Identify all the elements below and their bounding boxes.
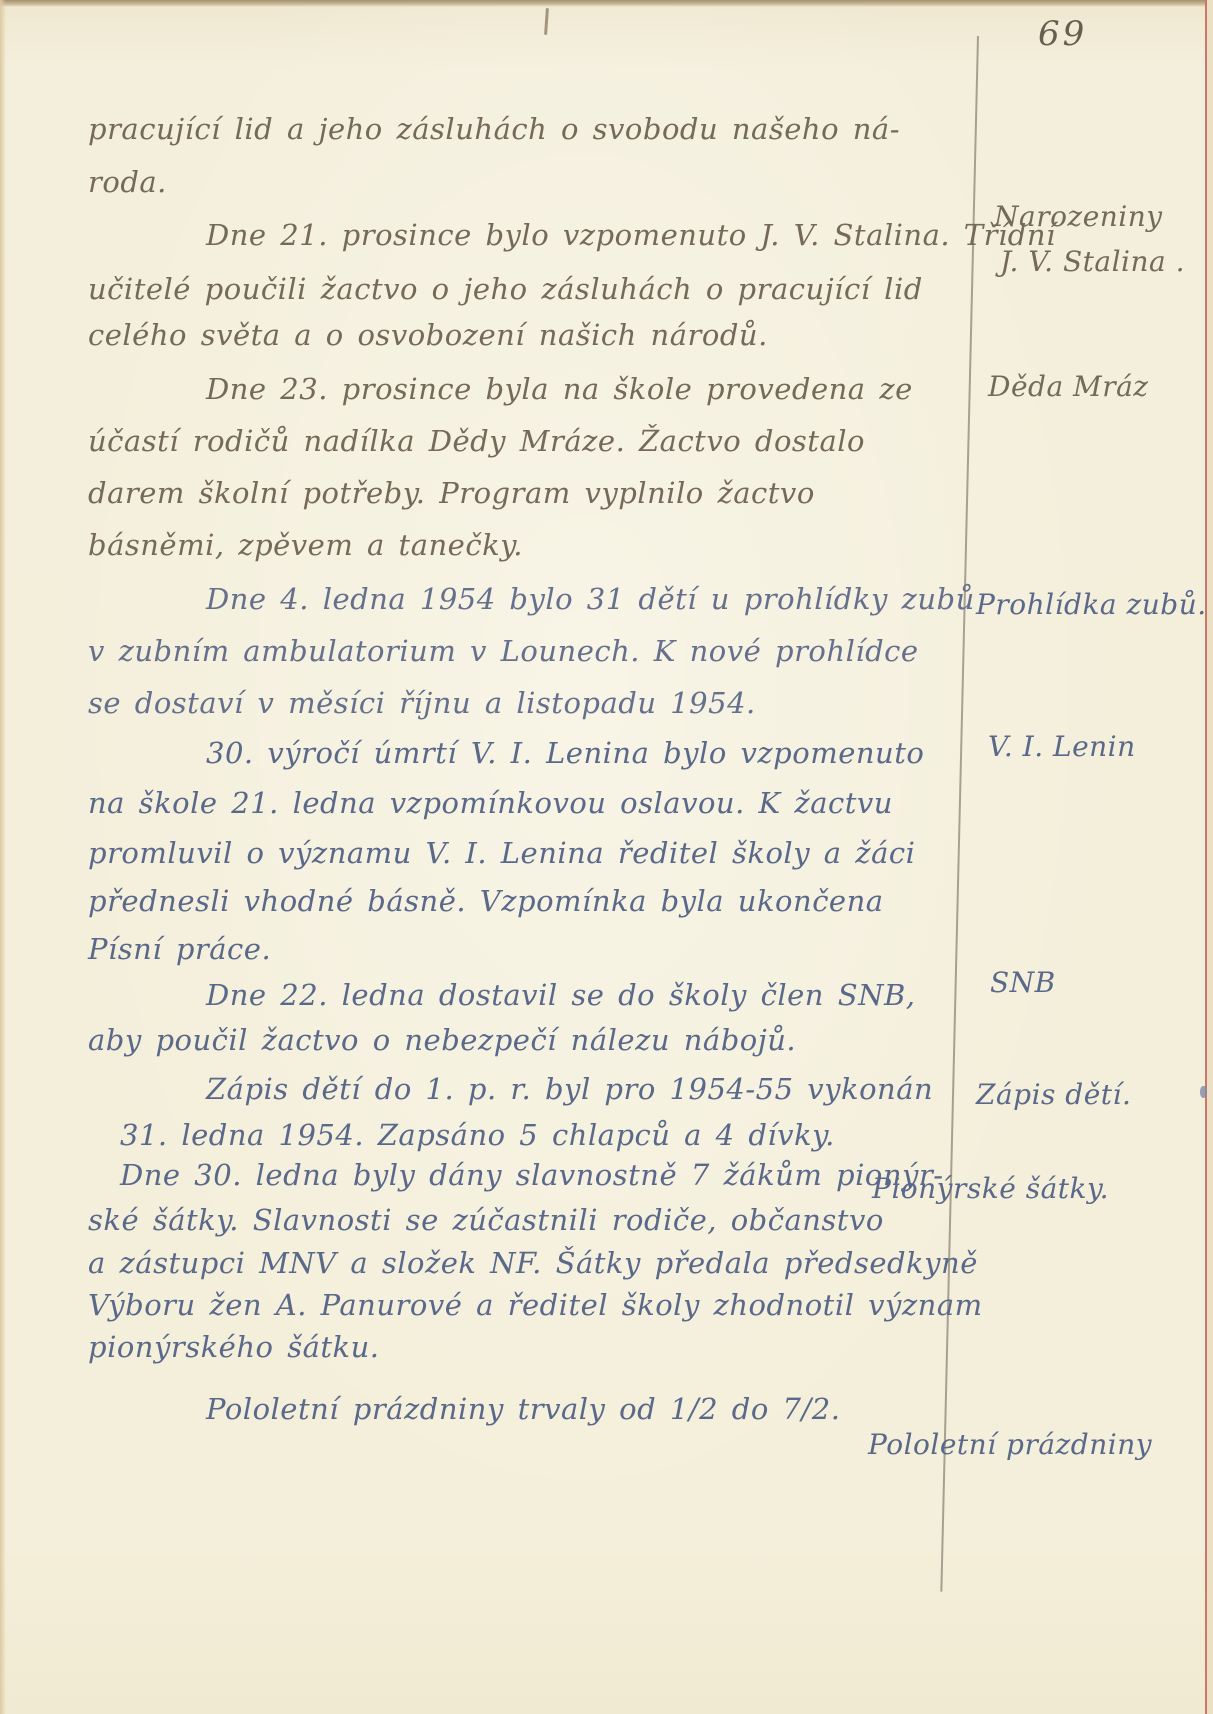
- handwritten-line: Dne 23. prosince byla na škole provedena…: [88, 372, 1006, 406]
- handwritten-line: celého světa a o osvobození našich národ…: [88, 318, 888, 352]
- page-number: 69: [1038, 14, 1087, 54]
- handwritten-line: Dne 21. prosince bylo vzpomenuto J. V. S…: [88, 218, 1006, 252]
- handwritten-line: učitelé poučili žactvo o jeho zásluhách …: [88, 272, 888, 306]
- handwritten-line: pionýrského šátku.: [88, 1330, 888, 1364]
- handwritten-line: pracující lid a jeho zásluhách o svobodu…: [88, 112, 888, 146]
- handwritten-line: Dne 30. ledna byly dány slavnostně 7 žák…: [88, 1158, 920, 1192]
- handwritten-line: aby poučil žactvo o nebezpečí nálezu náb…: [88, 1023, 888, 1057]
- margin-note: J. V. Stalina .: [1000, 245, 1185, 278]
- handwritten-line: se dostaví v měsíci říjnu a listopadu 19…: [88, 686, 888, 720]
- margin-note: SNB: [990, 966, 1056, 999]
- handwritten-line: 30. výročí úmrtí V. I. Lenina bylo vzpom…: [88, 736, 1006, 770]
- handwritten-line: a zástupci MNV a složek NF. Šátky předal…: [88, 1246, 888, 1280]
- handwritten-line: Výboru žen A. Panurové a ředitel školy z…: [88, 1288, 888, 1322]
- margin-note: Zápis dětí.: [976, 1078, 1131, 1111]
- handwritten-line: ské šátky. Slavnosti se zúčastnili rodič…: [88, 1203, 888, 1237]
- handwritten-line: Dne 22. ledna dostavil se do školy člen …: [88, 978, 1006, 1012]
- handwritten-line: na škole 21. ledna vzpomínkovou oslavou.…: [88, 786, 888, 820]
- margin-note: Narozeniny: [994, 200, 1163, 233]
- handwritten-line: přednesli vhodné básně. Vzpomínka byla u…: [88, 884, 888, 918]
- handwritten-line: účastí rodičů nadílka Dědy Mráze. Žactvo…: [88, 424, 888, 458]
- margin-note: Pololetní prázdniny: [868, 1428, 1152, 1461]
- margin-note: Prohlídka zubů.: [976, 588, 1207, 621]
- main-text-column: pracující lid a jeho zásluhách o svobodu…: [88, 0, 888, 1714]
- page-left-edge: [0, 0, 6, 1714]
- handwritten-line: 31. ledna 1954. Zapsáno 5 chlapců a 4 dí…: [88, 1118, 920, 1152]
- handwritten-line: roda.: [88, 165, 888, 199]
- handwritten-line: Písní práce.: [88, 932, 888, 966]
- chronicle-page: 69 pracující lid a jeho zásluhách o svob…: [0, 0, 1213, 1714]
- margin-note: Děda Mráz: [988, 370, 1149, 403]
- handwritten-line: promluvil o významu V. I. Lenina ředitel…: [88, 836, 888, 870]
- handwritten-line: Pololetní prázdniny trvaly od 1/2 do 7/2…: [88, 1392, 1006, 1426]
- margin-rule-line: [940, 36, 979, 1592]
- margin-note: Pionýrské šátky.: [872, 1172, 1109, 1205]
- book-right-edge: [1205, 0, 1213, 1714]
- margin-note: V. I. Lenin: [988, 730, 1136, 763]
- handwritten-line: Dne 4. ledna 1954 bylo 31 dětí u prohlíd…: [88, 582, 1006, 616]
- handwritten-line: darem školní potřeby. Program vyplnilo ž…: [88, 476, 888, 510]
- handwritten-line: Zápis dětí do 1. p. r. byl pro 1954-55 v…: [88, 1072, 1006, 1106]
- handwritten-line: v zubním ambulatorium v Lounech. K nové …: [88, 634, 888, 668]
- handwritten-line: básněmi, zpěvem a tanečky.: [88, 528, 888, 562]
